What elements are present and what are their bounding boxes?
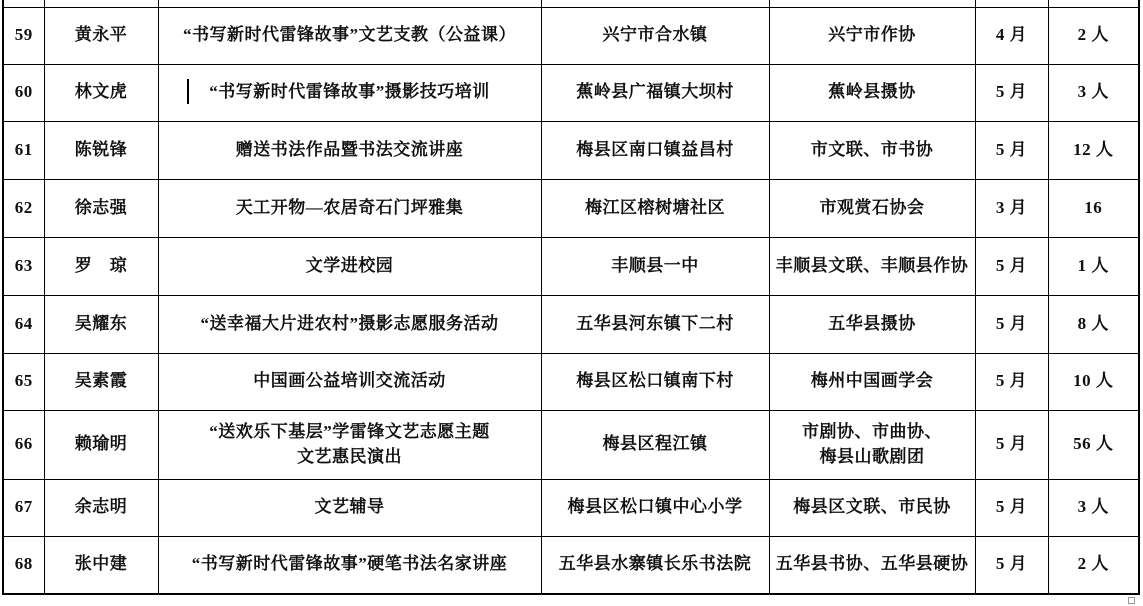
table-cell-cutoff[interactable] — [975, 0, 1048, 7]
cell-volunteer-name[interactable]: 吴素霞 — [44, 353, 158, 410]
cell-location[interactable]: 梅江区榕树塘社区 — [541, 179, 769, 237]
cell-activity-title[interactable]: 文学进校园 — [158, 237, 541, 295]
cell-month[interactable]: 5 月 — [975, 410, 1048, 479]
table-row-cutoff — [3, 0, 1139, 7]
cell-month[interactable]: 5 月 — [975, 295, 1048, 353]
table-row: 68 张中建 “书写新时代雷锋故事”硬笔书法名家讲座 五华县水寨镇长乐书法院 五… — [3, 536, 1139, 594]
cell-location[interactable]: 蕉岭县广福镇大坝村 — [541, 64, 769, 121]
cell-serial[interactable]: 61 — [3, 121, 44, 179]
cell-volunteer-name[interactable]: 罗 琼 — [44, 237, 158, 295]
table-row: 63 罗 琼 文学进校园 丰顺县一中 丰顺县文联、丰顺县作协 5 月 1 人 — [3, 237, 1139, 295]
cell-activity-title[interactable]: “书写新时代雷锋故事”硬笔书法名家讲座 — [158, 536, 541, 594]
cell-location[interactable]: 五华县水寨镇长乐书法院 — [541, 536, 769, 594]
cell-organizer[interactable]: 市剧协、市曲协、 梅县山歌剧团 — [769, 410, 975, 479]
table-row: 60 林文虎 “书写新时代雷锋故事”摄影技巧培训 蕉岭县广福镇大坝村 蕉岭县摄协… — [3, 64, 1139, 121]
cell-serial[interactable]: 65 — [3, 353, 44, 410]
cell-participant-count[interactable]: 8 人 — [1048, 295, 1139, 353]
table-row: 66 赖瑜明 “送欢乐下基层”学雷锋文艺志愿主题 文艺惠民演出 梅县区程江镇 市… — [3, 410, 1139, 479]
cell-serial[interactable]: 60 — [3, 64, 44, 121]
cell-organizer[interactable]: 市文联、市书协 — [769, 121, 975, 179]
table-row: 64 吴耀东 “送幸福大片进农村”摄影志愿服务活动 五华县河东镇下二村 五华县摄… — [3, 295, 1139, 353]
cell-location[interactable]: 梅县区松口镇中心小学 — [541, 479, 769, 536]
cell-participant-count[interactable]: 3 人 — [1048, 479, 1139, 536]
cell-organizer[interactable]: 梅州中国画学会 — [769, 353, 975, 410]
cell-activity-title[interactable]: 天工开物—农居奇石门坪雅集 — [158, 179, 541, 237]
cell-serial[interactable]: 66 — [3, 410, 44, 479]
cell-month[interactable]: 5 月 — [975, 353, 1048, 410]
cell-participant-count[interactable]: 16 — [1048, 179, 1139, 237]
cell-participant-count[interactable]: 12 人 — [1048, 121, 1139, 179]
document-page: 59 黄永平 “书写新时代雷锋故事”文艺支教（公益课） 兴宁市合水镇 兴宁市作协… — [0, 0, 1143, 606]
cell-organizer[interactable]: 丰顺县文联、丰顺县作协 — [769, 237, 975, 295]
table-cell-cutoff[interactable] — [158, 0, 541, 7]
cell-volunteer-name[interactable]: 吴耀东 — [44, 295, 158, 353]
cell-activity-title[interactable]: 文艺辅导 — [158, 479, 541, 536]
cell-volunteer-name[interactable]: 林文虎 — [44, 64, 158, 121]
cell-location[interactable]: 梅县区南口镇益昌村 — [541, 121, 769, 179]
cell-activity-title[interactable]: “送幸福大片进农村”摄影志愿服务活动 — [158, 295, 541, 353]
activities-table: 59 黄永平 “书写新时代雷锋故事”文艺支教（公益课） 兴宁市合水镇 兴宁市作协… — [2, 0, 1140, 595]
cell-serial[interactable]: 63 — [3, 237, 44, 295]
cell-volunteer-name[interactable]: 徐志强 — [44, 179, 158, 237]
cell-month[interactable]: 5 月 — [975, 536, 1048, 594]
cell-volunteer-name[interactable]: 黄永平 — [44, 7, 158, 64]
cell-activity-title[interactable]: “书写新时代雷锋故事”摄影技巧培训 — [158, 64, 541, 121]
table-cell-cutoff[interactable] — [44, 0, 158, 7]
cell-participant-count[interactable]: 2 人 — [1048, 7, 1139, 64]
table-row: 67 余志明 文艺辅导 梅县区松口镇中心小学 梅县区文联、市民协 5 月 3 人 — [3, 479, 1139, 536]
cell-activity-title[interactable]: 赠送书法作品暨书法交流讲座 — [158, 121, 541, 179]
cell-month[interactable]: 5 月 — [975, 237, 1048, 295]
cell-organizer[interactable]: 蕉岭县摄协 — [769, 64, 975, 121]
table-row: 65 吴素霞 中国画公益培训交流活动 梅县区松口镇南下村 梅州中国画学会 5 月… — [3, 353, 1139, 410]
cell-volunteer-name[interactable]: 赖瑜明 — [44, 410, 158, 479]
cell-location[interactable]: 五华县河东镇下二村 — [541, 295, 769, 353]
cell-serial[interactable]: 59 — [3, 7, 44, 64]
cell-participant-count[interactable]: 2 人 — [1048, 536, 1139, 594]
table-row: 59 黄永平 “书写新时代雷锋故事”文艺支教（公益课） 兴宁市合水镇 兴宁市作协… — [3, 7, 1139, 64]
cell-month[interactable]: 4 月 — [975, 7, 1048, 64]
cell-serial[interactable]: 62 — [3, 179, 44, 237]
cell-organizer[interactable]: 梅县区文联、市民协 — [769, 479, 975, 536]
cell-location[interactable]: 梅县区松口镇南下村 — [541, 353, 769, 410]
table-cell-cutoff[interactable] — [541, 0, 769, 7]
cell-organizer[interactable]: 市观赏石协会 — [769, 179, 975, 237]
cell-organizer[interactable]: 兴宁市作协 — [769, 7, 975, 64]
cell-participant-count[interactable]: 10 人 — [1048, 353, 1139, 410]
table-row: 62 徐志强 天工开物—农居奇石门坪雅集 梅江区榕树塘社区 市观赏石协会 3 月… — [3, 179, 1139, 237]
text-cursor — [187, 79, 189, 104]
cell-participant-count[interactable]: 3 人 — [1048, 64, 1139, 121]
cell-month[interactable]: 5 月 — [975, 121, 1048, 179]
cell-serial[interactable]: 64 — [3, 295, 44, 353]
cell-activity-title[interactable]: “送欢乐下基层”学雷锋文艺志愿主题 文艺惠民演出 — [158, 410, 541, 479]
cell-organizer[interactable]: 五华县摄协 — [769, 295, 975, 353]
table-resize-handle[interactable] — [1128, 597, 1135, 604]
cell-location[interactable]: 梅县区程江镇 — [541, 410, 769, 479]
table-row: 61 陈锐锋 赠送书法作品暨书法交流讲座 梅县区南口镇益昌村 市文联、市书协 5… — [3, 121, 1139, 179]
cell-month[interactable]: 5 月 — [975, 64, 1048, 121]
cell-participant-count[interactable]: 56 人 — [1048, 410, 1139, 479]
cell-serial[interactable]: 67 — [3, 479, 44, 536]
cell-volunteer-name[interactable]: 陈锐锋 — [44, 121, 158, 179]
cell-location[interactable]: 丰顺县一中 — [541, 237, 769, 295]
cell-activity-title[interactable]: “书写新时代雷锋故事”文艺支教（公益课） — [158, 7, 541, 64]
table-cell-cutoff[interactable] — [769, 0, 975, 7]
cell-serial[interactable]: 68 — [3, 536, 44, 594]
table-cell-cutoff[interactable] — [3, 0, 44, 7]
cell-participant-count[interactable]: 1 人 — [1048, 237, 1139, 295]
cell-month[interactable]: 3 月 — [975, 179, 1048, 237]
cell-volunteer-name[interactable]: 张中建 — [44, 536, 158, 594]
cell-volunteer-name[interactable]: 余志明 — [44, 479, 158, 536]
table-cell-cutoff[interactable] — [1048, 0, 1139, 7]
cell-activity-title[interactable]: 中国画公益培训交流活动 — [158, 353, 541, 410]
cell-location[interactable]: 兴宁市合水镇 — [541, 7, 769, 64]
cell-organizer[interactable]: 五华县书协、五华县硬协 — [769, 536, 975, 594]
cell-month[interactable]: 5 月 — [975, 479, 1048, 536]
